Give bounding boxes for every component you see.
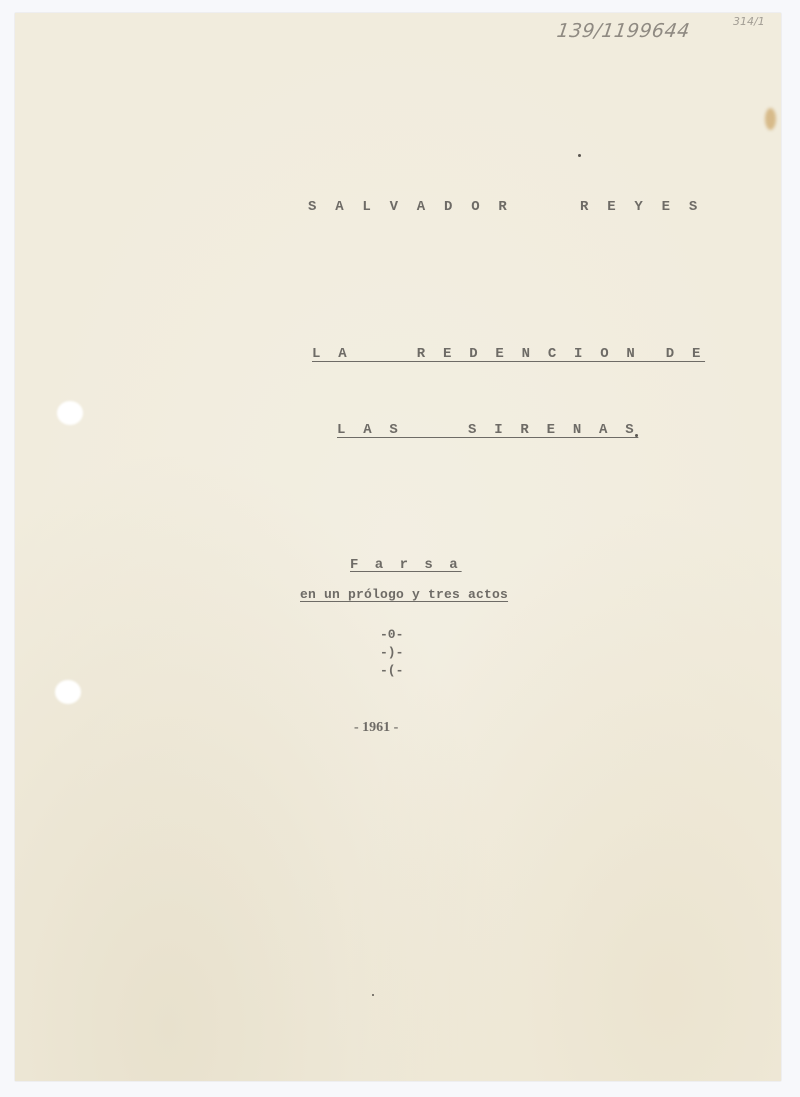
ink-speck bbox=[578, 154, 581, 157]
author-name: S A L V A D O R R E Y E S bbox=[308, 199, 702, 215]
ornament-line-3: -(- bbox=[380, 663, 403, 678]
folio-mark: 314/1 bbox=[733, 15, 765, 28]
title-line-2: L A S S I R E N A S bbox=[337, 422, 638, 438]
catalog-number: 139/1199644 bbox=[555, 20, 691, 42]
ornament-line-2: -)- bbox=[380, 645, 403, 660]
punch-hole-bottom bbox=[55, 680, 81, 704]
year: - 1961 - bbox=[354, 720, 398, 736]
subtitle: en un prólogo y tres actos bbox=[300, 587, 508, 602]
ornament-line-1: -0- bbox=[380, 627, 403, 642]
paper-stain bbox=[765, 108, 776, 130]
genre-label: F a r s a bbox=[350, 557, 462, 573]
ink-speck bbox=[372, 994, 374, 996]
title-line-1: L A R E D E N C I O N D E bbox=[312, 346, 705, 362]
punch-hole-top bbox=[57, 401, 83, 425]
document-page bbox=[15, 13, 781, 1081]
